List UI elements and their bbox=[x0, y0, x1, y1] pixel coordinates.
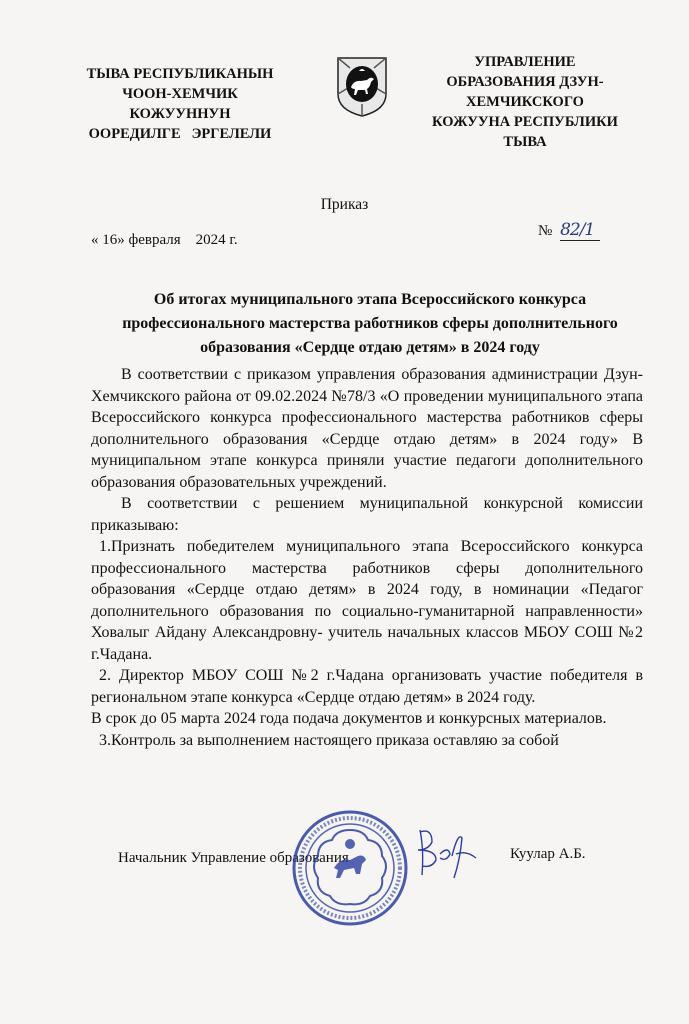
header-right-line: ТЫВА bbox=[430, 132, 620, 152]
header-left-line: ООРЕДИЛГЕ ЭРГЕЛЕЛИ bbox=[70, 124, 290, 144]
body-deadline: В срок до 05 марта 2024 года подача доку… bbox=[91, 708, 643, 730]
header-left-line: КОЖУУННУН bbox=[70, 104, 290, 124]
body-paragraph: В соответствии с решением муниципальной … bbox=[91, 493, 643, 536]
header-left-line: ТЫВА РЕСПУБЛИКАНЫН bbox=[70, 64, 290, 84]
header-left-tuvan: ТЫВА РЕСПУБЛИКАНЫН ЧООН-ХЕМЧИК КОЖУУННУН… bbox=[70, 64, 290, 144]
document-number: № 82/1 bbox=[538, 220, 600, 241]
body-paragraph: В соответствии с приказом управления обр… bbox=[91, 364, 643, 493]
document-body: В соответствии с приказом управления обр… bbox=[91, 364, 643, 751]
document-type-title: Приказ bbox=[0, 196, 689, 214]
header-right-line: КОЖУУНА РЕСПУБЛИКИ bbox=[430, 112, 620, 132]
coat-of-arms-horse-icon bbox=[334, 54, 390, 118]
document-date: « 16» февраля 2024 г. bbox=[91, 232, 238, 249]
body-item-1: 1.Признать победителем муниципального эт… bbox=[91, 536, 643, 665]
official-stamp-icon bbox=[290, 808, 410, 928]
handwritten-signature-icon bbox=[410, 820, 480, 880]
document-page: ТЫВА РЕСПУБЛИКАНЫН ЧООН-ХЕМЧИК КОЖУУННУН… bbox=[0, 0, 689, 1024]
number-value-handwritten: 82/1 bbox=[560, 220, 600, 241]
body-item-3: 3.Контроль за выполнением настоящего при… bbox=[91, 730, 643, 752]
header-right-russian: УПРАВЛЕНИЕ ОБРАЗОВАНИЯ ДЗУН- ХЕМЧИКСКОГО… bbox=[430, 52, 620, 152]
header-left-line: ЧООН-ХЕМЧИК bbox=[70, 84, 290, 104]
signatory-name: Куулар А.Б. bbox=[510, 846, 586, 863]
header-right-line: УПРАВЛЕНИЕ bbox=[430, 52, 620, 72]
header-right-line: ОБРАЗОВАНИЯ ДЗУН- bbox=[430, 72, 620, 92]
document-subject: Об итогах муниципального этапа Всероссий… bbox=[110, 288, 630, 360]
header-right-line: ХЕМЧИКСКОГО bbox=[430, 92, 620, 112]
number-label: № bbox=[538, 223, 552, 239]
body-item-2: 2. Директор МБОУ СОШ №2 г.Чадана организ… bbox=[91, 665, 643, 708]
